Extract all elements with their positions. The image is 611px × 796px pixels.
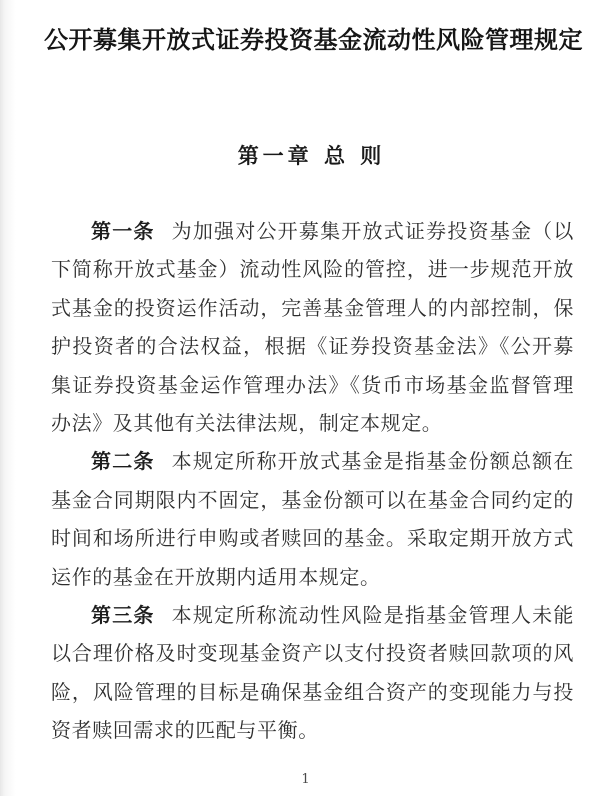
article-2-paragraph: 第二条本规定所称开放式基金是指基金份额总额在基金合同期限内不固定，基金份额可以在…: [51, 442, 574, 596]
document-title: 公开募集开放式证券投资基金流动性风险管理规定: [44, 24, 579, 56]
article-1-label: 第一条: [91, 219, 155, 243]
article-1-paragraph: 第一条为加强对公开募集开放式证券投资基金（以下简称开放式基金）流动性风险的管控，…: [51, 212, 574, 442]
page-number: 1: [0, 772, 611, 788]
document-body: 第一条为加强对公开募集开放式证券投资基金（以下简称开放式基金）流动性风险的管控，…: [51, 212, 574, 750]
article-1-text: 为加强对公开募集开放式证券投资基金（以下简称开放式基金）流动性风险的管控，进一步…: [51, 219, 574, 435]
article-3-paragraph: 第三条本规定所称流动性风险是指基金管理人未能以合理价格及时变现基金资产以支付投资…: [51, 596, 574, 750]
chapter-heading: 第一章 总 则: [50, 141, 573, 171]
article-3-label: 第三条: [91, 603, 155, 627]
document-page: 公开募集开放式证券投资基金流动性风险管理规定 第一章 总 则 第一条为加强对公开…: [0, 0, 611, 796]
article-2-label: 第二条: [91, 449, 155, 473]
